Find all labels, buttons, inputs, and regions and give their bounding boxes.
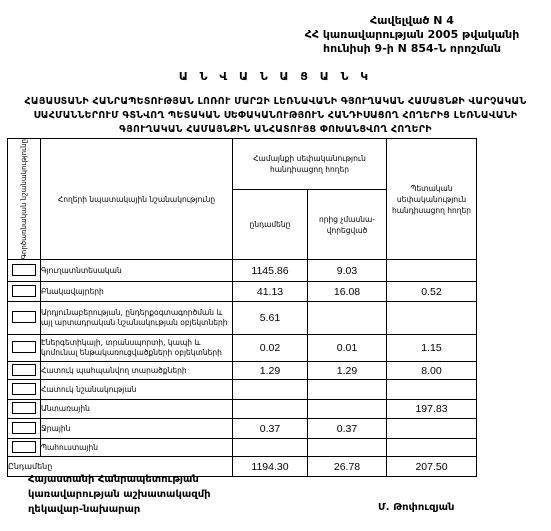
code-cell [8, 419, 41, 439]
purpose-cell: Արդյունաբերության, ընդերքօգտագործման և ա… [41, 302, 233, 335]
non-privatized-cell [308, 439, 387, 457]
state-cell [387, 302, 477, 335]
table-row: Հատուկ պահպանվող տարածքների1.291.298.00 [8, 362, 477, 380]
code-cell [8, 439, 41, 457]
table-row: Ջրային0.370.37 [8, 419, 477, 439]
signatory-title-line-2: կառավարության աշխատակազմի [28, 487, 211, 502]
total-cell: 0.37 [233, 419, 308, 439]
code-cell [8, 335, 41, 362]
purpose-cell: Հատուկ նշանակության [41, 380, 233, 400]
non-privatized-cell: 0.01 [308, 335, 387, 362]
annex-number: Հավելված N 4 [287, 14, 537, 28]
totals-total: 1194.30 [233, 457, 308, 477]
total-cell [233, 400, 308, 419]
table-row: Էներգետիկայի, տրանսպորտի, կապի և կոմունա… [8, 335, 477, 362]
state-cell [387, 380, 477, 400]
state-cell: 1.15 [387, 335, 477, 362]
total-cell: 0.02 [233, 335, 308, 362]
code-box [12, 383, 36, 395]
table-row: Բնակավայրերի41.1316.080.52 [8, 282, 477, 302]
subtitle-line-2: ՍԱՀՄԱՆՆԵՐՈՒՄ ԳՏՆՎՈՂ ՊԵՏԱԿԱՆ ՍԵՓԱԿԱՆՈՒԹՅՈ… [0, 109, 551, 123]
code-cell [8, 362, 41, 380]
state-cell [387, 260, 477, 282]
purpose-cell: Էներգետիկայի, տրանսպորտի, կապի և կոմունա… [41, 335, 233, 362]
code-cell [8, 400, 41, 419]
state-cell: 0.52 [387, 282, 477, 302]
total-cell: 41.13 [233, 282, 308, 302]
total-cell [233, 380, 308, 400]
total-cell: 1.29 [233, 362, 308, 380]
header-community: Համայնքի սեփականություն հանդիսացող հողեր [233, 139, 387, 190]
purpose-cell: Ջրային [41, 419, 233, 439]
table-row: Պահուստային [8, 439, 477, 457]
annex-decree-line: ՀՀ կառավարության 2005 թվականի [287, 28, 537, 42]
header-total: ընդամենը [233, 190, 308, 260]
total-cell: 1145.86 [233, 260, 308, 282]
state-cell [387, 439, 477, 457]
state-cell: 197.83 [387, 400, 477, 419]
table-row: Հատուկ նշանակության [8, 380, 477, 400]
purpose-cell: Անտառային [41, 400, 233, 419]
code-box [12, 341, 36, 353]
table-row: Արդյունաբերության, ընդերքօգտագործման և ա… [8, 302, 477, 335]
code-box [12, 311, 36, 323]
non-privatized-cell: 16.08 [308, 282, 387, 302]
non-privatized-cell [308, 380, 387, 400]
code-box [12, 402, 36, 414]
total-cell: 5.61 [233, 302, 308, 335]
code-box [12, 285, 36, 297]
signatory-title: Հայաստանի Հանրապետության կառավարության ա… [28, 472, 211, 517]
signatory-name: Մ. Թոփուզյան [378, 502, 454, 513]
table-row: Անտառային197.83 [8, 400, 477, 419]
non-privatized-cell: 1.29 [308, 362, 387, 380]
non-privatized-cell [308, 302, 387, 335]
document-subtitle: ՀԱՅԱՍՏԱՆԻ ՀԱՆՐԱՊԵՏՈՒԹՅԱՆ ԼՈՌՈՒ ՄԱՐԶԻ ԼԵՌ… [0, 95, 551, 137]
total-cell [233, 439, 308, 457]
table-row: Գյուղատնտեսական1145.869.03 [8, 260, 477, 282]
purpose-cell: Պահուստային [41, 439, 233, 457]
non-privatized-cell: 9.03 [308, 260, 387, 282]
document-title: Ա Ն Վ Ա Ն Ա Ց Ա Ն Կ [0, 70, 551, 83]
land-table: Գործառնական նշանակությունը Հողերի նպատակ… [7, 138, 477, 477]
annex-reference: Հավելված N 4 ՀՀ կառավարության 2005 թվակա… [287, 14, 537, 56]
purpose-cell: Բնակավայրերի [41, 282, 233, 302]
header-code: Գործառնական նշանակությունը [8, 139, 41, 260]
totals-state: 207.50 [387, 457, 477, 477]
subtitle-line-1: ՀԱՅԱՍՏԱՆԻ ՀԱՆՐԱՊԵՏՈՒԹՅԱՆ ԼՈՌՈՒ ՄԱՐԶԻ ԼԵՌ… [0, 95, 551, 109]
purpose-cell: Գյուղատնտեսական [41, 260, 233, 282]
state-cell: 8.00 [387, 362, 477, 380]
state-cell [387, 419, 477, 439]
subtitle-line-3: ԳՅՈՒՂԱԿԱՆ ՀԱՄԱՅՆՔԻՆ ԱՆՀԱՏՈՒՅՑ ՓՈԽԱՆՑՎՈՂ … [0, 123, 551, 137]
code-box [12, 264, 36, 276]
non-privatized-cell [308, 400, 387, 419]
signatory-title-line-3: ղեկավար-նախարար [28, 502, 211, 517]
header-non-privatized: որից չմասնա-վորեցված [308, 190, 387, 260]
signatory-title-line-1: Հայաստանի Հանրապետության [28, 472, 211, 487]
annex-decree-date: հունիսի 9-ի N 854-Ն որոշման [287, 42, 537, 56]
header-purpose: Հողերի նպատակային նշանակությունը [41, 139, 233, 260]
totals-non-privatized: 26.78 [308, 457, 387, 477]
code-cell [8, 282, 41, 302]
code-box [12, 364, 36, 376]
non-privatized-cell: 0.37 [308, 419, 387, 439]
header-code-text: Գործառնական նշանակությունը [20, 139, 29, 259]
header-state: Պետական սեփականություն հանդիսացող հողեր [387, 139, 477, 260]
purpose-cell: Հատուկ պահպանվող տարածքների [41, 362, 233, 380]
code-box [12, 441, 36, 453]
code-cell [8, 260, 41, 282]
code-cell [8, 380, 41, 400]
code-cell [8, 302, 41, 335]
code-box [12, 422, 36, 434]
